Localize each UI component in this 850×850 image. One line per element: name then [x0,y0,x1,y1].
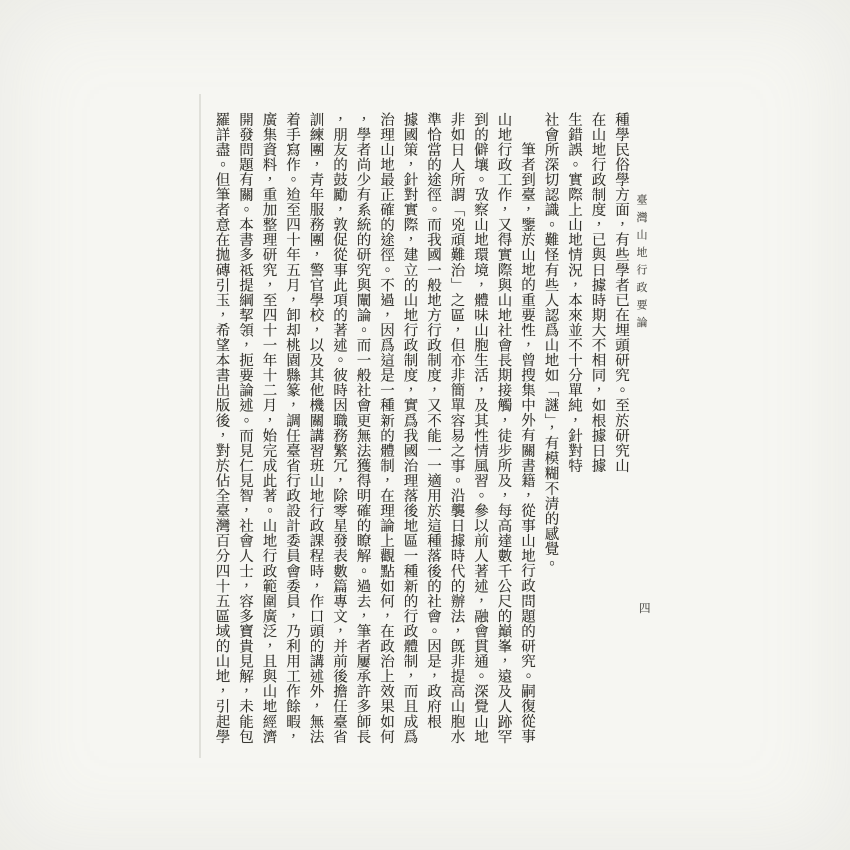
text-column: 在山地行政制度，已與日據時期大不相同，如根據日據 [585,112,609,752]
text-column: 着手寫作。迨至四十年五月，卸却桃園縣篆，調任臺省行政設計委員會委員，乃利用工作餘… [280,112,304,752]
book-page: 臺灣山地行政要論 四 種學民俗學方面，有些學者已在埋頭研究。至於研究山在山地行政… [0,0,850,850]
text-column: 社會所深切認識。難怪有些人認爲山地如「謎」，有模糊不清的感覺。 [538,112,562,752]
text-column: ，朋友的鼓勵，敦促從事此項的著述。彼時因職務繁冗，除零星發表數篇專文，并前後擔任… [327,112,351,752]
text-column: 種學民俗學方面，有些學者已在埋頭研究。至於研究山 [609,112,633,752]
text-column: ，學者尚少有系統的研究與闡論。而一般社會更無法獲得明確的瞭解。過去，筆者屢承許多… [350,112,374,752]
running-title: 臺灣山地行政要論 [633,194,649,334]
text-column: 筆者到臺，鑒於山地的重要性，曾搜集中外有關書籍，從事山地行政問題的研究。嗣復從事 [515,112,539,752]
text-column: 非如日人所謂「兇頑難治」之區，但亦非簡單容易之事。沿襲日據時代的辦法，旣非提高山… [444,112,468,752]
text-column: 治理山地最正確的途徑。不過，因爲這是一種新的體制，在理論上觀點如何，在政治上效果… [374,112,398,752]
page-fold-line [199,94,201,758]
text-column: 開發問題有關。本書多祗提綱挈領，扼要論述。而見仁見智，社會人士，容多寶貴見解，未… [233,112,257,752]
text-column: 廣集資料，重加整理研究，至四十一年十二月，始完成此著。山地行政範圍廣泛，且與山地… [256,112,280,752]
text-column: 到的僻壤。攷察山地環境，體味山胞生活，及其性情風習。參以前人著述，融會貫通。深覺… [468,112,492,752]
text-column: 山地行政工作，又得實際與山地社會長期接觸，徒步所及，每高達數千公尺的巔峯，遠及人… [491,112,515,752]
text-column: 羅詳盡。但筆者意在拋磚引玉，希望本書出版後，對於佔全臺灣百分四十五區域的山地，引… [209,112,233,752]
text-block: 種學民俗學方面，有些學者已在埋頭研究。至於研究山在山地行政制度，已與日據時期大不… [209,112,632,752]
text-column: 據國策，針對實際，建立的山地行政制度，實爲我國治理落後地區一種新的行政體制，而且… [397,112,421,752]
page-number: 四 [639,600,651,616]
text-column: 訓練團，青年服務團，警官學校，以及其他機關講習班山地行政課程時，作口頭的講述外，… [303,112,327,752]
text-column: 準恰當的途徑。而我國一般地方行政制度，又不能一一適用於這種落後的社會。因是，政府… [421,112,445,752]
text-column: 生錯誤。實際上山地情況，本來並不十分單純，針對特 [562,112,586,752]
